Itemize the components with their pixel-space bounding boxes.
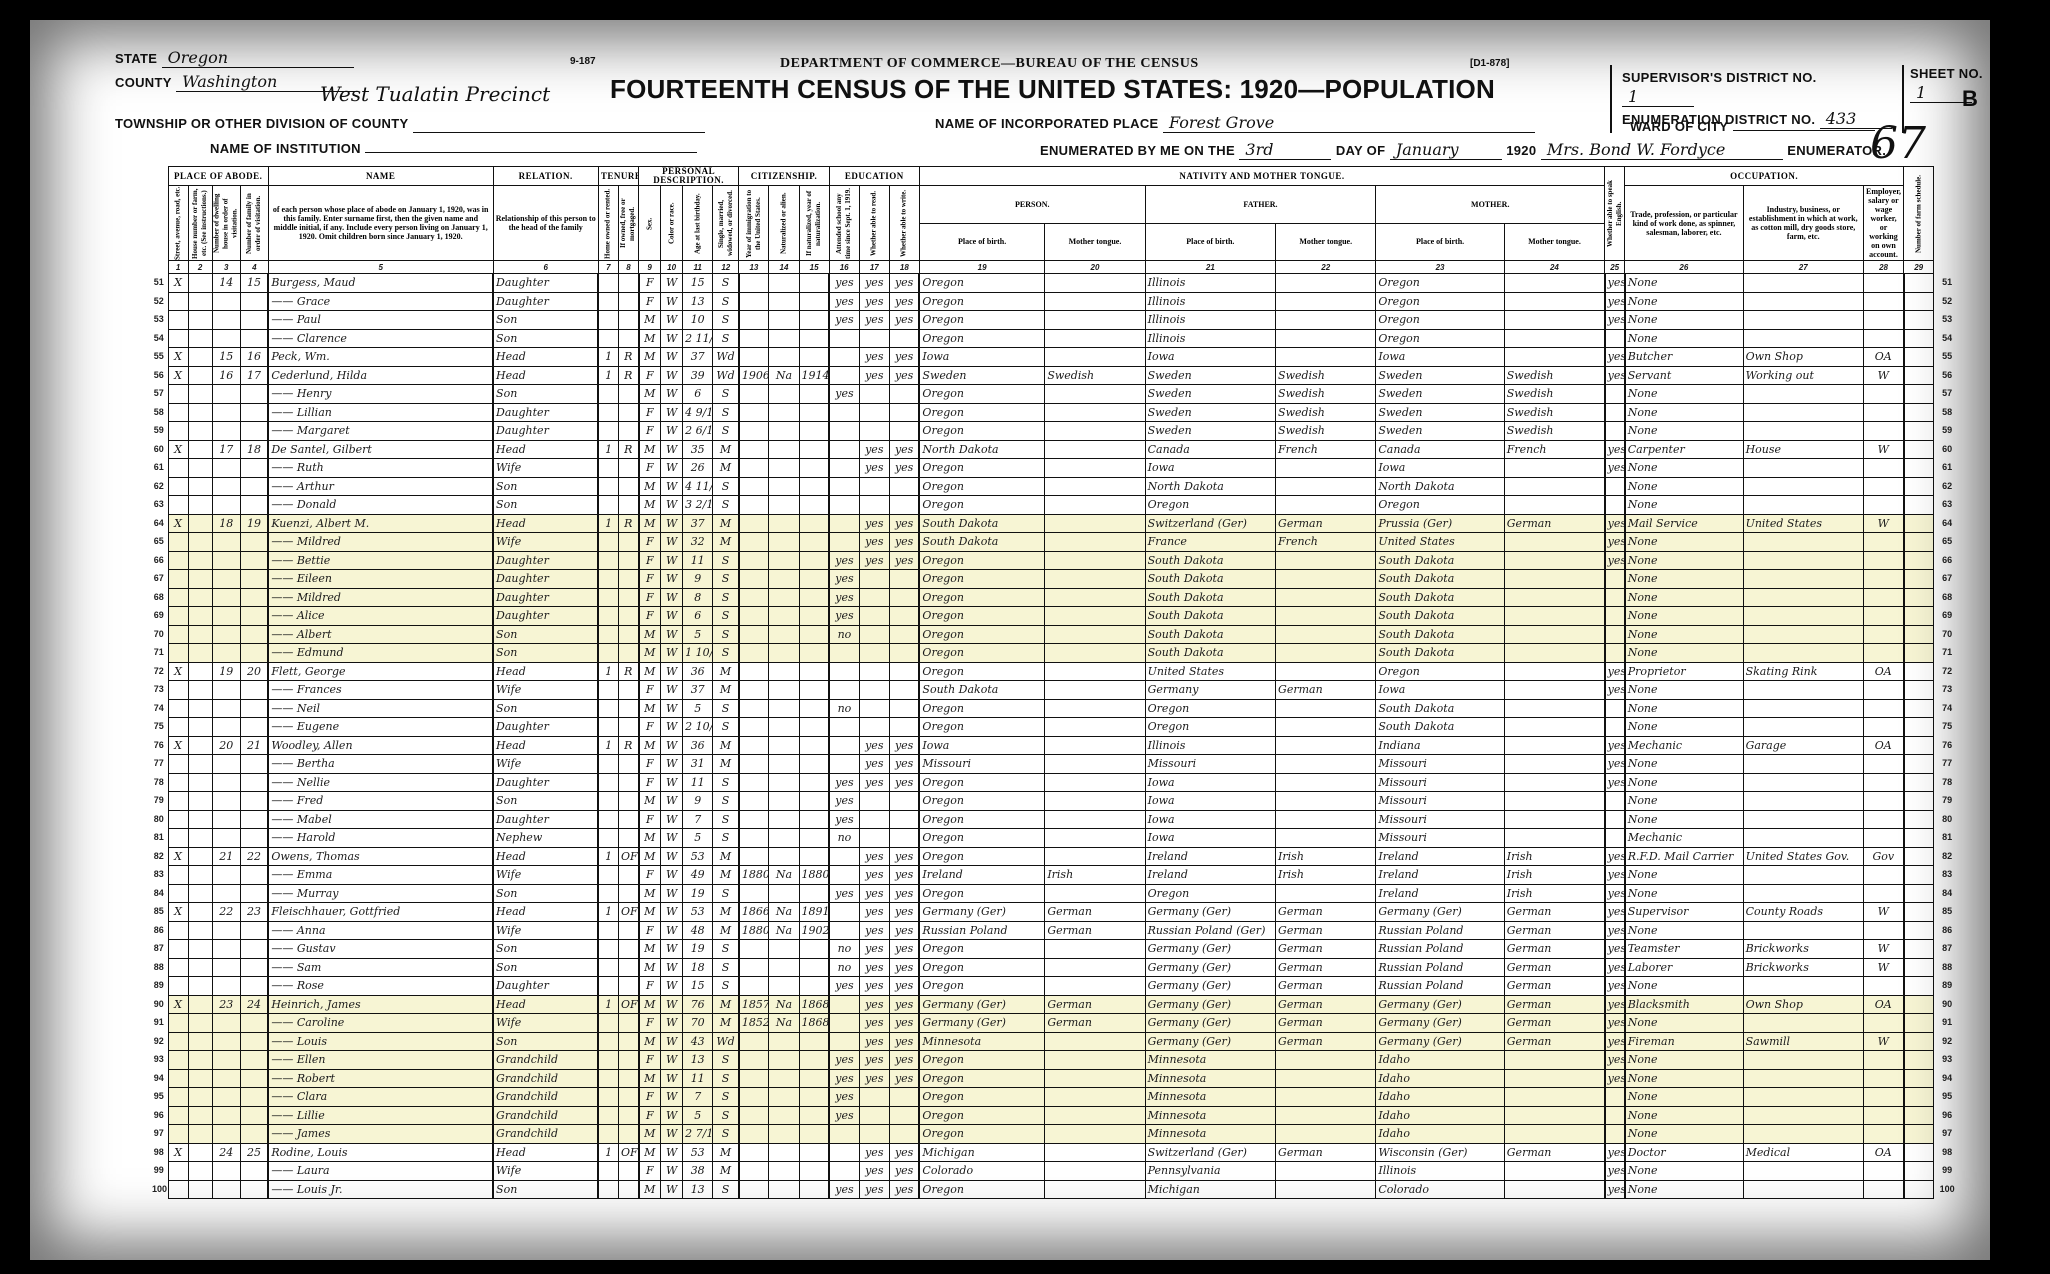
attended-school-cell: yes bbox=[829, 1106, 859, 1125]
house-number-cell bbox=[188, 1014, 212, 1033]
can-write-cell bbox=[889, 588, 919, 607]
census-row: 77—— BerthaWifeFW31MyesyesMissouriMissou… bbox=[150, 755, 1960, 774]
family-number-cell bbox=[240, 311, 268, 330]
name-cell: —— Mildred bbox=[268, 533, 493, 552]
industry-cell: Brickworks bbox=[1743, 958, 1863, 977]
name-cell: Cederlund, Hilda bbox=[268, 366, 493, 385]
column-number: 9 bbox=[639, 261, 661, 274]
name-cell: —— Clarence bbox=[268, 329, 493, 348]
name-cell: —— Grace bbox=[268, 292, 493, 311]
race-cell: W bbox=[661, 570, 683, 589]
age-cell: 53 bbox=[683, 903, 713, 922]
mortgage-cell bbox=[618, 958, 638, 977]
township-field: TOWNSHIP OR OTHER DIVISION OF COUNTY bbox=[115, 113, 705, 133]
naturalization-year-cell bbox=[799, 496, 829, 515]
mortgage-cell: R bbox=[618, 514, 638, 533]
industry-cell: County Roads bbox=[1743, 903, 1863, 922]
owned-rented-cell: 1 bbox=[598, 847, 618, 866]
mother-birthplace-cell: Oregon bbox=[1376, 329, 1504, 348]
marital-status-cell: S bbox=[713, 940, 739, 959]
col-4-family: Number of family in order of visitation. bbox=[240, 186, 268, 261]
family-number-cell bbox=[240, 329, 268, 348]
mother-birthplace-cell: Sweden bbox=[1376, 403, 1504, 422]
marital-status-cell: S bbox=[713, 958, 739, 977]
name-cell: —— Henry bbox=[268, 385, 493, 404]
mother-mother-tongue-cell bbox=[1504, 570, 1604, 589]
sex-cell: M bbox=[639, 1069, 661, 1088]
age-cell: 13 bbox=[683, 292, 713, 311]
naturalization-year-cell: 1914 bbox=[799, 366, 829, 385]
can-write-cell bbox=[889, 718, 919, 737]
race-cell: W bbox=[661, 588, 683, 607]
attended-school-cell bbox=[829, 644, 859, 663]
trade-cell: None bbox=[1625, 1180, 1743, 1199]
line-number-right: 72 bbox=[1934, 662, 1960, 681]
race-cell: W bbox=[661, 940, 683, 959]
street-cell bbox=[168, 1106, 188, 1125]
owned-rented-cell bbox=[598, 644, 618, 663]
industry-cell bbox=[1743, 1125, 1863, 1144]
speaks-english-cell: yes bbox=[1605, 1032, 1625, 1051]
employer-class-cell: OA bbox=[1863, 348, 1903, 367]
dwelling-number-cell bbox=[212, 422, 240, 441]
mother-tongue-cell bbox=[1045, 533, 1145, 552]
house-number-cell bbox=[188, 607, 212, 626]
employer-class-cell bbox=[1863, 977, 1903, 996]
line-number: 55 bbox=[150, 348, 168, 367]
family-number-cell bbox=[240, 1180, 268, 1199]
state-value: Oregon bbox=[162, 48, 354, 68]
mortgage-cell bbox=[618, 681, 638, 700]
father-tongue-cell bbox=[1276, 736, 1376, 755]
mother-mother-tongue-cell bbox=[1504, 681, 1604, 700]
farm-schedule-cell bbox=[1904, 884, 1934, 903]
immigration-year-cell bbox=[739, 1069, 769, 1088]
sex-cell: F bbox=[639, 274, 661, 293]
can-write-cell: yes bbox=[889, 348, 919, 367]
family-number-cell: 18 bbox=[240, 440, 268, 459]
line-number-right: 82 bbox=[1934, 847, 1960, 866]
birthplace-cell: Oregon bbox=[919, 884, 1044, 903]
relation-cell: Son bbox=[493, 884, 598, 903]
can-write-cell: yes bbox=[889, 1032, 919, 1051]
trade-cell: Mechanic bbox=[1625, 736, 1743, 755]
age-cell: 15 bbox=[683, 274, 713, 293]
mother-mother-tongue-cell: Swedish bbox=[1504, 403, 1604, 422]
marital-status-cell: S bbox=[713, 810, 739, 829]
race-cell: W bbox=[661, 496, 683, 515]
sex-cell: M bbox=[639, 1180, 661, 1199]
name-cell: Kuenzi, Albert M. bbox=[268, 514, 493, 533]
race-cell: W bbox=[661, 477, 683, 496]
attended-school-cell: no bbox=[829, 625, 859, 644]
street-cell: X bbox=[168, 903, 188, 922]
trade-cell: None bbox=[1625, 385, 1743, 404]
employer-class-cell: W bbox=[1863, 440, 1903, 459]
mother-birthplace-cell: Oregon bbox=[1376, 311, 1504, 330]
naturalization-year-cell bbox=[799, 718, 829, 737]
street-cell bbox=[168, 1125, 188, 1144]
census-row: 71—— EdmundSonMW1 10/12SOregonSouth Dako… bbox=[150, 644, 1960, 663]
line-number-right: 97 bbox=[1934, 1125, 1960, 1144]
census-row: 53—— PaulSonMW10SyesyesyesOregonIllinois… bbox=[150, 311, 1960, 330]
father-tongue-cell bbox=[1276, 551, 1376, 570]
trade-cell: None bbox=[1625, 866, 1743, 885]
census-row: 72X1920Flett, GeorgeHead1RMW36MOregonUni… bbox=[150, 662, 1960, 681]
mother-tongue-cell bbox=[1045, 884, 1145, 903]
birthplace-cell: Oregon bbox=[919, 773, 1044, 792]
father-birthplace-cell: South Dakota bbox=[1145, 551, 1275, 570]
father-birthplace-cell: Iowa bbox=[1145, 810, 1275, 829]
street-cell bbox=[168, 385, 188, 404]
street-cell bbox=[168, 921, 188, 940]
naturalized-cell bbox=[769, 662, 799, 681]
owned-rented-cell bbox=[598, 588, 618, 607]
house-number-cell bbox=[188, 274, 212, 293]
employer-class-cell: W bbox=[1863, 958, 1903, 977]
industry-cell: Sawmill bbox=[1743, 1032, 1863, 1051]
mother-birthplace-cell: Ireland bbox=[1376, 847, 1504, 866]
attended-school-cell bbox=[829, 422, 859, 441]
dwelling-number-cell bbox=[212, 1162, 240, 1181]
age-cell: 15 bbox=[683, 977, 713, 996]
can-read-cell: yes bbox=[859, 514, 889, 533]
family-number-cell bbox=[240, 921, 268, 940]
employer-class-cell bbox=[1863, 866, 1903, 885]
speaks-english-cell: yes bbox=[1605, 366, 1625, 385]
mother-birthplace-cell: Germany (Ger) bbox=[1376, 1032, 1504, 1051]
line-number: 80 bbox=[150, 810, 168, 829]
naturalization-year-cell bbox=[799, 625, 829, 644]
street-cell bbox=[168, 681, 188, 700]
column-number: 29 bbox=[1904, 261, 1934, 274]
line-number: 70 bbox=[150, 625, 168, 644]
column-number: 7 bbox=[598, 261, 618, 274]
age-cell: 36 bbox=[683, 736, 713, 755]
column-number: 20 bbox=[1045, 261, 1145, 274]
can-read-cell bbox=[859, 829, 889, 848]
street-cell: X bbox=[168, 847, 188, 866]
employer-class-cell bbox=[1863, 1106, 1903, 1125]
age-cell: 7 bbox=[683, 810, 713, 829]
census-row: 65—— MildredWifeFW32MyesyesSouth DakotaF… bbox=[150, 533, 1960, 552]
farm-schedule-cell bbox=[1904, 644, 1934, 663]
family-number-cell bbox=[240, 459, 268, 478]
race-cell: W bbox=[661, 1180, 683, 1199]
street-cell: X bbox=[168, 514, 188, 533]
father-tongue-cell bbox=[1276, 1088, 1376, 1107]
attended-school-cell: yes bbox=[829, 570, 859, 589]
naturalized-cell bbox=[769, 681, 799, 700]
industry-cell bbox=[1743, 459, 1863, 478]
mother-mother-tongue-cell: German bbox=[1504, 958, 1604, 977]
mother-mother-tongue-cell: German bbox=[1504, 903, 1604, 922]
form-number: 9-187 bbox=[570, 56, 596, 67]
family-number-cell: 19 bbox=[240, 514, 268, 533]
farm-schedule-cell bbox=[1904, 662, 1934, 681]
mother-tongue-cell bbox=[1045, 1051, 1145, 1070]
father-tongue-cell: Swedish bbox=[1276, 403, 1376, 422]
can-write-cell: yes bbox=[889, 940, 919, 959]
marital-status-cell: S bbox=[713, 588, 739, 607]
mother-tongue-cell bbox=[1045, 1069, 1145, 1088]
farm-schedule-cell bbox=[1904, 1162, 1934, 1181]
dwelling-number-cell: 20 bbox=[212, 736, 240, 755]
mother-tongue-cell bbox=[1045, 718, 1145, 737]
trade-cell: None bbox=[1625, 551, 1743, 570]
dwelling-number-cell bbox=[212, 607, 240, 626]
speaks-english-cell: yes bbox=[1605, 311, 1625, 330]
farm-schedule-cell bbox=[1904, 366, 1934, 385]
race-cell: W bbox=[661, 1032, 683, 1051]
marital-status-cell: S bbox=[713, 1069, 739, 1088]
street-cell bbox=[168, 292, 188, 311]
column-number: 26 bbox=[1625, 261, 1743, 274]
dwelling-number-cell bbox=[212, 459, 240, 478]
line-number: 63 bbox=[150, 496, 168, 515]
street-cell: X bbox=[168, 366, 188, 385]
owned-rented-cell bbox=[598, 292, 618, 311]
trade-cell: None bbox=[1625, 1051, 1743, 1070]
industry-cell bbox=[1743, 699, 1863, 718]
sex-cell: F bbox=[639, 459, 661, 478]
dwelling-number-cell bbox=[212, 1069, 240, 1088]
street-cell bbox=[168, 884, 188, 903]
employer-class-cell bbox=[1863, 385, 1903, 404]
birthplace-cell: Oregon bbox=[919, 551, 1044, 570]
relation-cell: Wife bbox=[493, 681, 598, 700]
relation-cell: Wife bbox=[493, 459, 598, 478]
age-cell: 43 bbox=[683, 1032, 713, 1051]
attended-school-cell bbox=[829, 477, 859, 496]
attended-school-cell bbox=[829, 1032, 859, 1051]
father-birthplace-cell: Oregon bbox=[1145, 496, 1275, 515]
line-number: 71 bbox=[150, 644, 168, 663]
immigration-year-cell bbox=[739, 773, 769, 792]
naturalization-year-cell bbox=[799, 607, 829, 626]
street-cell bbox=[168, 422, 188, 441]
age-cell: 11 bbox=[683, 1069, 713, 1088]
can-write-cell: yes bbox=[889, 1014, 919, 1033]
marital-status-cell: S bbox=[713, 477, 739, 496]
mother-birthplace-cell: Oregon bbox=[1376, 496, 1504, 515]
immigration-year-cell: 1852 bbox=[739, 1014, 769, 1033]
mortgage-cell bbox=[618, 1051, 638, 1070]
naturalization-year-cell bbox=[799, 1088, 829, 1107]
mortgage-cell: R bbox=[618, 736, 638, 755]
name-cell: —— Fred bbox=[268, 792, 493, 811]
trade-cell: None bbox=[1625, 533, 1743, 552]
column-number: 24 bbox=[1504, 261, 1604, 274]
age-cell: 10 bbox=[683, 311, 713, 330]
father-tongue-cell bbox=[1276, 1125, 1376, 1144]
house-number-cell bbox=[188, 699, 212, 718]
census-row: 84—— MurraySonMW19SyesyesyesOregonOregon… bbox=[150, 884, 1960, 903]
mother-tongue-cell bbox=[1045, 625, 1145, 644]
mother-birthplace-cell: Missouri bbox=[1376, 773, 1504, 792]
line-number-right: 66 bbox=[1934, 551, 1960, 570]
relation-cell: Son bbox=[493, 644, 598, 663]
relation-cell: Head bbox=[493, 736, 598, 755]
census-row: 83—— EmmaWifeFW49M1880Na1880yesyesIrelan… bbox=[150, 866, 1960, 885]
mortgage-cell bbox=[618, 884, 638, 903]
house-number-cell bbox=[188, 422, 212, 441]
house-number-cell bbox=[188, 1180, 212, 1199]
name-cell: —— Mabel bbox=[268, 810, 493, 829]
industry-cell bbox=[1743, 792, 1863, 811]
line-number-right: 80 bbox=[1934, 810, 1960, 829]
father-birthplace-cell: United States bbox=[1145, 662, 1275, 681]
family-number-cell: 23 bbox=[240, 903, 268, 922]
employer-class-cell bbox=[1863, 792, 1903, 811]
speaks-english-cell bbox=[1605, 329, 1625, 348]
dwelling-number-cell bbox=[212, 385, 240, 404]
mother-mother-tongue-cell: German bbox=[1504, 995, 1604, 1014]
can-read-cell: yes bbox=[859, 773, 889, 792]
employer-class-cell: OA bbox=[1863, 1143, 1903, 1162]
immigration-year-cell bbox=[739, 1032, 769, 1051]
marital-status-cell: M bbox=[713, 459, 739, 478]
sex-cell: M bbox=[639, 829, 661, 848]
line-number-right: 56 bbox=[1934, 366, 1960, 385]
family-number-cell bbox=[240, 1032, 268, 1051]
owned-rented-cell bbox=[598, 1051, 618, 1070]
naturalization-year-cell bbox=[799, 311, 829, 330]
attended-school-cell bbox=[829, 866, 859, 885]
birthplace-cell: Oregon bbox=[919, 829, 1044, 848]
dwelling-number-cell bbox=[212, 588, 240, 607]
naturalized-cell bbox=[769, 274, 799, 293]
relation-cell: Son bbox=[493, 1180, 598, 1199]
age-cell: 6 bbox=[683, 385, 713, 404]
col-15-naturalization-year: If naturalized, year of naturalization. bbox=[799, 186, 829, 261]
immigration-year-cell bbox=[739, 681, 769, 700]
birthplace-cell: Oregon bbox=[919, 477, 1044, 496]
mother-tongue-cell bbox=[1045, 422, 1145, 441]
attended-school-cell: yes bbox=[829, 1051, 859, 1070]
father-birthplace-cell: Canada bbox=[1145, 440, 1275, 459]
family-number-cell bbox=[240, 403, 268, 422]
name-cell: —— Donald bbox=[268, 496, 493, 515]
mortgage-cell: OF bbox=[618, 995, 638, 1014]
immigration-year-cell bbox=[739, 1143, 769, 1162]
column-number: 8 bbox=[618, 261, 638, 274]
mother-tongue-cell bbox=[1045, 644, 1145, 663]
mortgage-cell bbox=[618, 773, 638, 792]
employer-class-cell bbox=[1863, 1162, 1903, 1181]
dwelling-number-cell bbox=[212, 866, 240, 885]
speaks-english-cell bbox=[1605, 792, 1625, 811]
can-read-cell: yes bbox=[859, 440, 889, 459]
marital-status-cell: S bbox=[713, 625, 739, 644]
line-number-right: 53 bbox=[1934, 311, 1960, 330]
can-write-cell: yes bbox=[889, 1180, 919, 1199]
father-tongue-cell bbox=[1276, 348, 1376, 367]
attended-school-cell: yes bbox=[829, 1069, 859, 1088]
owned-rented-cell bbox=[598, 311, 618, 330]
department-heading: DEPARTMENT OF COMMERCE—BUREAU OF THE CEN… bbox=[780, 56, 1199, 72]
owned-rented-cell bbox=[598, 607, 618, 626]
mortgage-cell bbox=[618, 533, 638, 552]
name-cell: De Santel, Gilbert bbox=[268, 440, 493, 459]
employer-class-cell: OA bbox=[1863, 736, 1903, 755]
trade-cell: Supervisor bbox=[1625, 903, 1743, 922]
farm-schedule-cell bbox=[1904, 1143, 1934, 1162]
sex-cell: M bbox=[639, 1125, 661, 1144]
mortgage-cell bbox=[618, 1032, 638, 1051]
sex-cell: M bbox=[639, 644, 661, 663]
employer-class-cell bbox=[1863, 588, 1903, 607]
census-row: 68—— MildredDaughterFW8SyesOregonSouth D… bbox=[150, 588, 1960, 607]
col-20-person-tongue: Mother tongue. bbox=[1045, 223, 1145, 261]
mother-mother-tongue-cell: German bbox=[1504, 1032, 1604, 1051]
can-read-cell bbox=[859, 625, 889, 644]
immigration-year-cell bbox=[739, 292, 769, 311]
mother-tongue-cell bbox=[1045, 792, 1145, 811]
family-number-cell bbox=[240, 1051, 268, 1070]
farm-schedule-cell bbox=[1904, 533, 1934, 552]
birthplace-cell: South Dakota bbox=[919, 514, 1044, 533]
street-cell bbox=[168, 718, 188, 737]
census-row: 62—— ArthurSonMW4 11/12SOregonNorth Dako… bbox=[150, 477, 1960, 496]
naturalization-year-cell bbox=[799, 792, 829, 811]
farm-schedule-cell bbox=[1904, 792, 1934, 811]
line-number-right: 99 bbox=[1934, 1162, 1960, 1181]
employer-class-cell: W bbox=[1863, 940, 1903, 959]
speaks-english-cell bbox=[1605, 810, 1625, 829]
father-tongue-cell: French bbox=[1276, 440, 1376, 459]
speaks-english-cell: yes bbox=[1605, 958, 1625, 977]
trade-cell: Mail Service bbox=[1625, 514, 1743, 533]
speaks-english-cell bbox=[1605, 829, 1625, 848]
race-cell: W bbox=[661, 644, 683, 663]
farm-schedule-cell bbox=[1904, 736, 1934, 755]
dwelling-number-cell bbox=[212, 958, 240, 977]
employer-class-cell bbox=[1863, 718, 1903, 737]
naturalized-cell bbox=[769, 940, 799, 959]
family-number-cell bbox=[240, 570, 268, 589]
col-13-immigration: Year of immigration to the United States… bbox=[739, 186, 769, 261]
immigration-year-cell bbox=[739, 736, 769, 755]
line-number-right: 89 bbox=[1934, 977, 1960, 996]
mother-tongue-cell bbox=[1045, 847, 1145, 866]
father-birthplace-cell: Iowa bbox=[1145, 792, 1275, 811]
can-read-cell: yes bbox=[859, 1014, 889, 1033]
mortgage-cell bbox=[618, 1088, 638, 1107]
street-cell bbox=[168, 551, 188, 570]
family-number-cell bbox=[240, 773, 268, 792]
enumerated-year: 1920 bbox=[1506, 143, 1536, 158]
father-birthplace-cell: Germany (Ger) bbox=[1145, 995, 1275, 1014]
name-cell: —— Nellie bbox=[268, 773, 493, 792]
farm-schedule-cell bbox=[1904, 1069, 1934, 1088]
name-cell: —— Sam bbox=[268, 958, 493, 977]
immigration-year-cell bbox=[739, 403, 769, 422]
trade-cell: None bbox=[1625, 329, 1743, 348]
mother-mother-tongue-cell bbox=[1504, 699, 1604, 718]
census-rows: 51X1415Burgess, MaudDaughterFW15Syesyesy… bbox=[150, 274, 1960, 1199]
sex-cell: M bbox=[639, 699, 661, 718]
owned-rented-cell: 1 bbox=[598, 903, 618, 922]
dwelling-number-cell bbox=[212, 699, 240, 718]
owned-rented-cell bbox=[598, 459, 618, 478]
marital-status-cell: S bbox=[713, 1180, 739, 1199]
naturalization-year-cell: 1868 bbox=[799, 1014, 829, 1033]
name-cell: —— Margaret bbox=[268, 422, 493, 441]
father-tongue-cell bbox=[1276, 773, 1376, 792]
relation-cell: Daughter bbox=[493, 551, 598, 570]
can-read-cell: yes bbox=[859, 755, 889, 774]
